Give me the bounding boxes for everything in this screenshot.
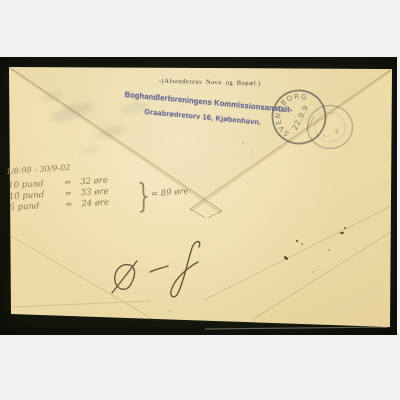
pencil-rate-calculation: 10 pund = 32 øre 10 pund = 33 øre 5 pund… bbox=[8, 175, 109, 213]
rate-equals: = bbox=[65, 188, 82, 199]
rate-equals: = bbox=[65, 199, 82, 210]
rate-value: 33 øre bbox=[81, 186, 109, 197]
pencil-brace: } bbox=[137, 179, 150, 213]
rate-equals: = bbox=[64, 177, 81, 188]
photo-page: -(Afsenderens Navn og Bopæl.) Boghandler… bbox=[0, 0, 400, 400]
rate-value: 24 øre bbox=[81, 197, 109, 208]
rate-value: 32 øre bbox=[80, 175, 108, 186]
